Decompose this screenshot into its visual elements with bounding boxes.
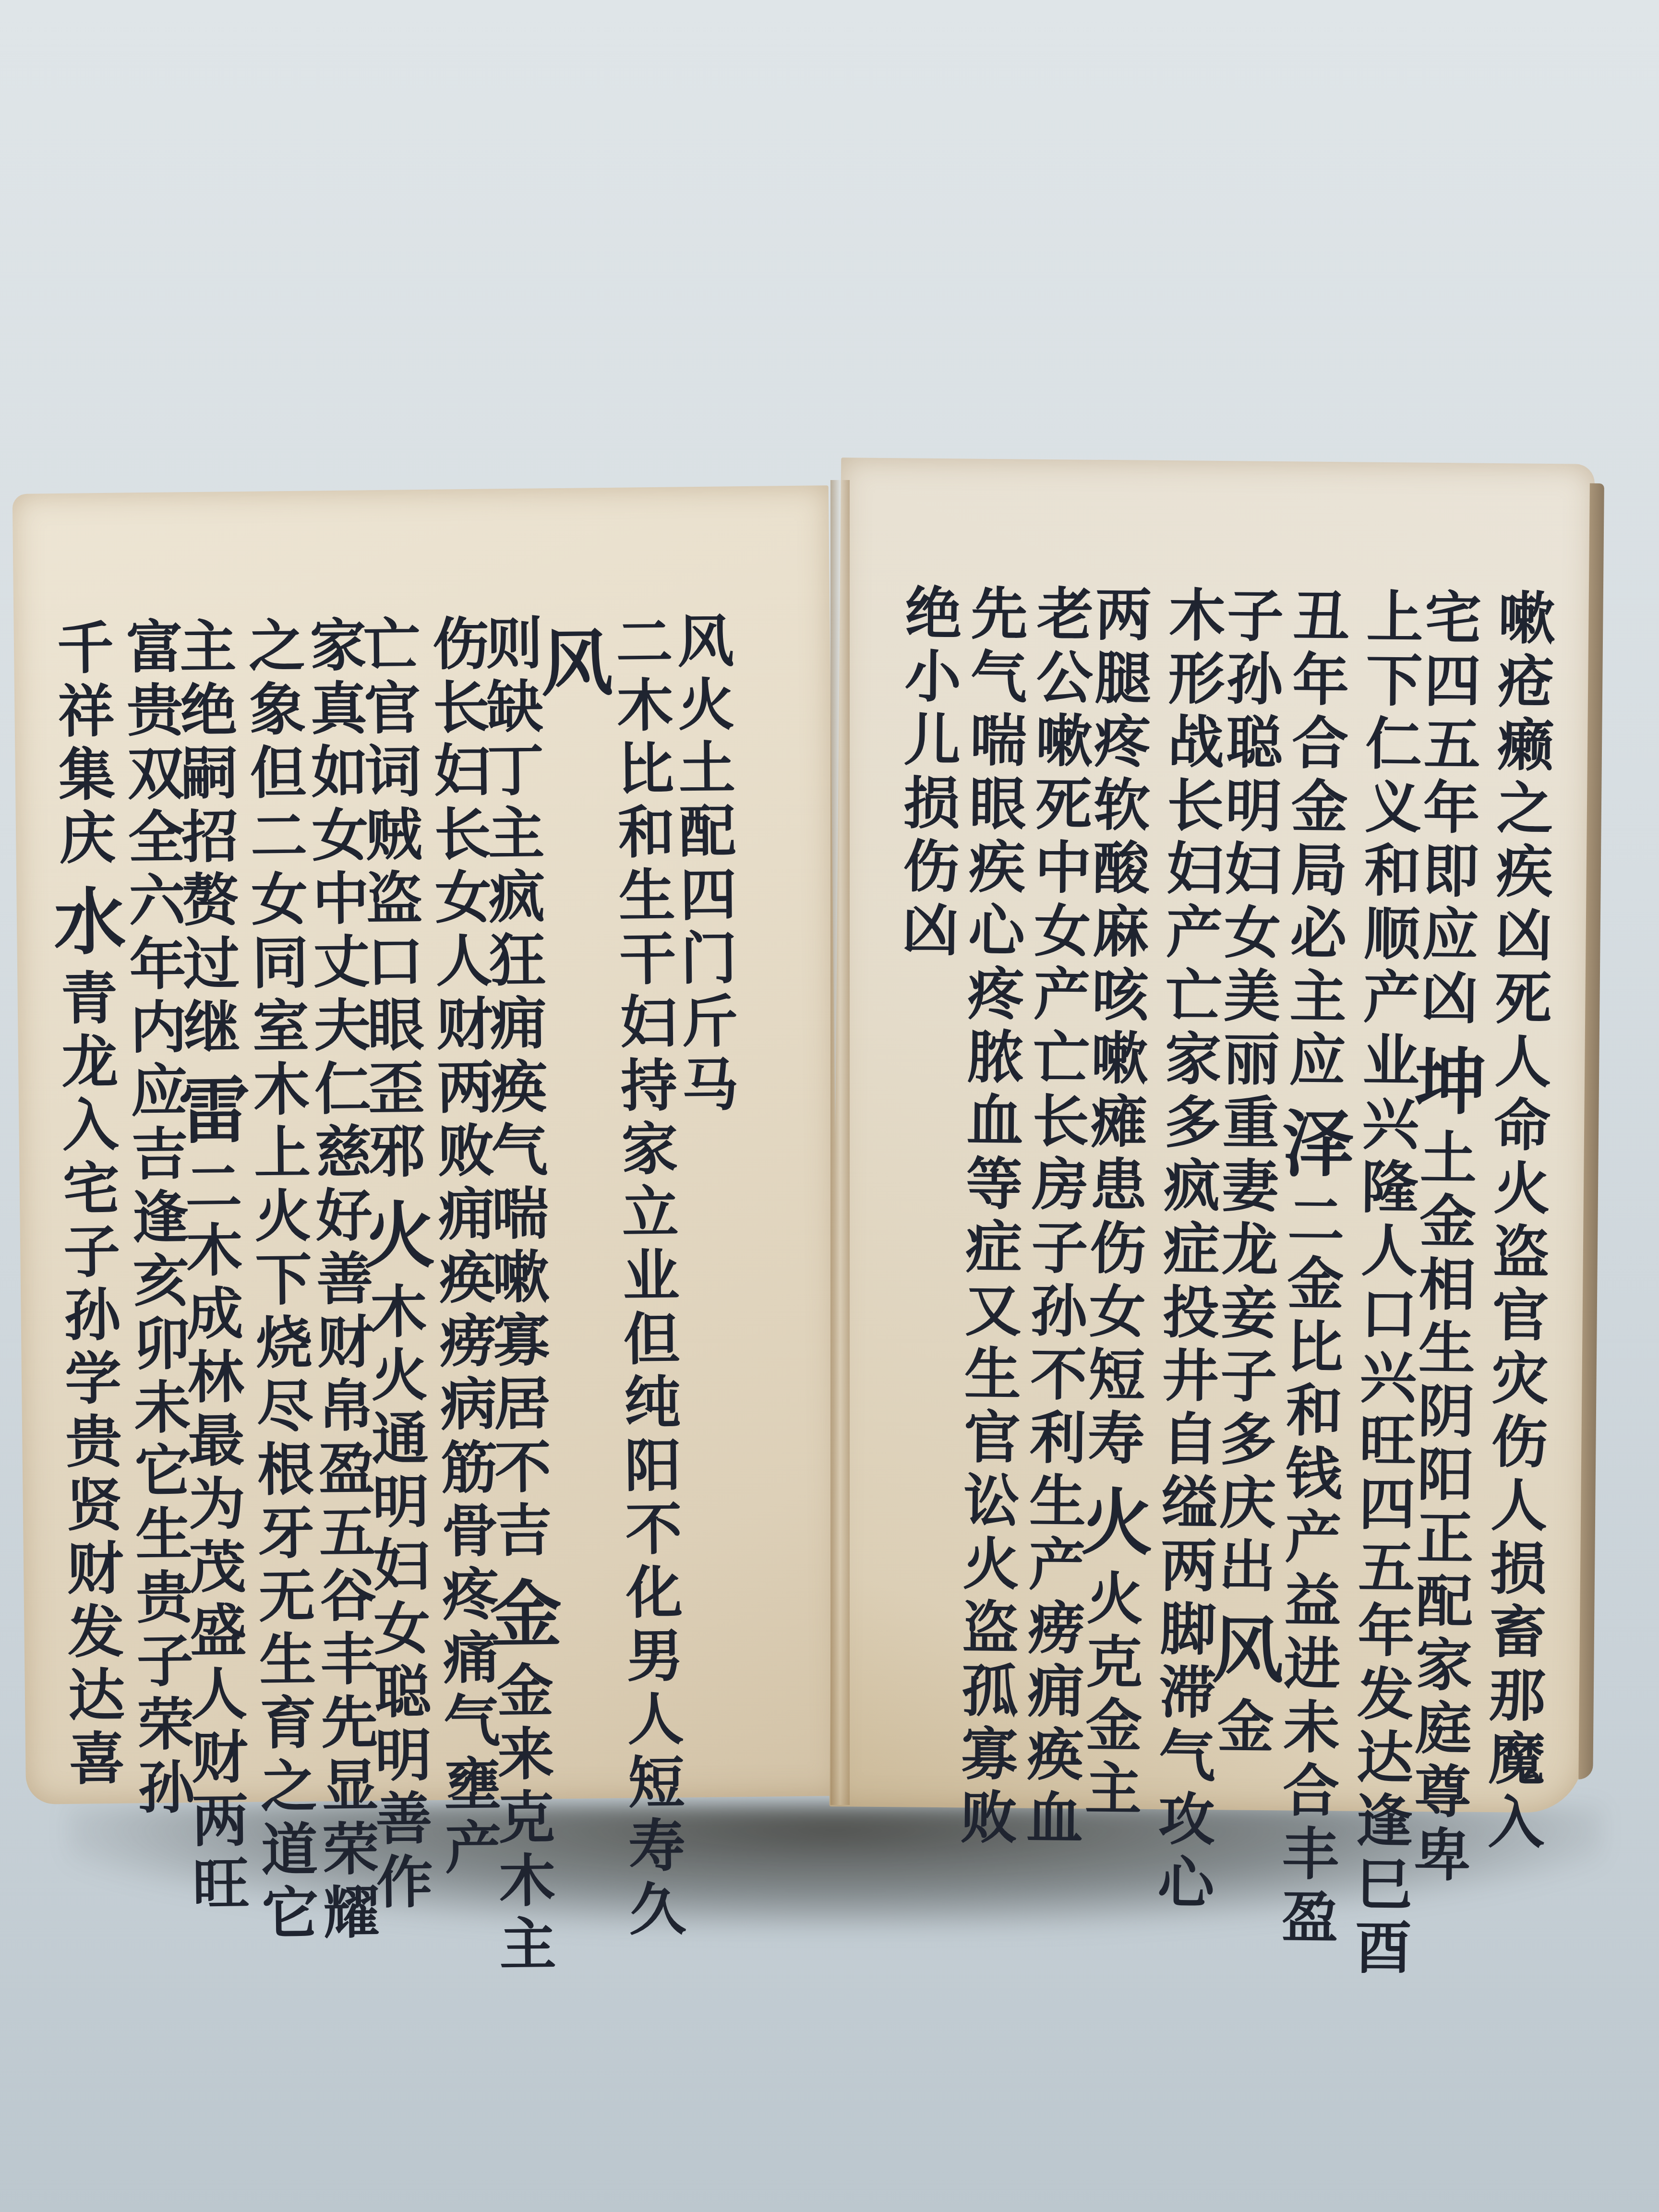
text-column: 则缺丁主疯狂痈痪气喘嗽寡居不吉金金来克木主 <box>495 613 558 1799</box>
element-heading: 雷 <box>165 1060 251 1158</box>
column-text: 千祥集庆 <box>47 618 117 872</box>
column-text: 风火土配四门斤马 <box>667 611 739 1118</box>
column-text: 先气喘眼疾心疼脓血等症又生官讼火盗孤寡败 <box>950 583 1028 1851</box>
element-heading: 火 <box>1068 1471 1154 1569</box>
column-text: 二木成林最为茂盛人财两旺 <box>175 1157 250 1918</box>
text-column: 嗽疮癞之疾凶死人命火盗官灾伤人损畜那魔入 <box>1490 588 1551 1813</box>
element-heading: 水 <box>41 871 126 969</box>
element-heading: 火 <box>350 1185 436 1283</box>
page-edge <box>1578 483 1604 1779</box>
element-heading: 坤 <box>1402 1031 1487 1129</box>
column-text: 亡官词贼盗口眼歪邪 <box>353 614 426 1185</box>
column-text: 火克金主 <box>1075 1569 1144 1823</box>
text-column: 丑年合金局必主应泽二金比和钱产益进未合丰盈 <box>1292 587 1353 1811</box>
right-page-columns: 嗽疮癞之疾凶死人命火盗官灾伤人损畜那魔入宅四五年即应凶坤土金相生阴阳正配家庭尊卑… <box>897 583 1551 1813</box>
book-spine <box>830 480 850 1805</box>
text-column: 先气喘眼疾心疼脓血等症又生官讼火盗孤寡败 <box>962 584 1023 1808</box>
left-page-columns: 风火土配四门斤马二木比和生干妇持家立业但纯阳不化男人短寿久风则缺丁主疯狂痈痪气喘… <box>66 611 741 1803</box>
column-text: 两腿疼软酸麻咳嗽瘫患伤女短寿 <box>1078 585 1153 1472</box>
column-text: 木火通明妇女聪明善作 <box>361 1282 434 1916</box>
column-text: 宅四五年即应凶 <box>1412 588 1482 1032</box>
column-text: 主绝嗣招赘过继 <box>170 616 241 1060</box>
right-page: 嗽疮癞之疾凶死人命火盗官灾伤人损畜那魔入宅四五年即应凶坤土金相生阴阳正配家庭尊卑… <box>829 457 1595 1813</box>
column-text: 嗽疮癞之疾凶死人命火盗官灾伤人损畜那魔入 <box>1478 588 1556 1856</box>
element-heading: 泽 <box>1269 1093 1355 1191</box>
column-text: 绝小儿损伤凶 <box>892 583 962 963</box>
left-page: 风火土配四门斤马二木比和生干妇持家立业但纯阳不化男人短寿久风则缺丁主疯狂痈痪气喘… <box>12 485 842 1804</box>
text-column: 两腿疼软酸麻咳嗽瘫患伤女短寿火火克金主 <box>1094 585 1155 1809</box>
text-column: 风火土配四门斤马 <box>679 611 741 1797</box>
column-text: 金 <box>1207 1696 1274 1760</box>
element-heading: 风 <box>528 613 613 710</box>
column-text: 金来克木主 <box>487 1660 557 1978</box>
column-text: 青龙入宅子孙学贵贤财发达喜 <box>51 968 126 1792</box>
column-text: 则缺丁主疯狂痈痪气喘嗽寡居不吉 <box>476 613 553 1564</box>
text-column: 宅四五年即应凶坤土金相生阴阳正配家庭尊卑 <box>1424 588 1484 1812</box>
open-book: 风火土配四门斤马二木比和生干妇持家立业但纯阳不化男人短寿久风则缺丁主疯狂痈痪气喘… <box>19 461 1603 1819</box>
column-text: 丑年合金局必主应 <box>1279 586 1350 1094</box>
column-text: 土金相生阴阳正配家庭尊卑 <box>1404 1128 1478 1889</box>
text-column: 绝小儿损伤凶 <box>897 583 957 1807</box>
element-heading: 金 <box>477 1563 562 1661</box>
column-text: 二金比和钱产益进未合丰盈 <box>1272 1190 1345 1951</box>
